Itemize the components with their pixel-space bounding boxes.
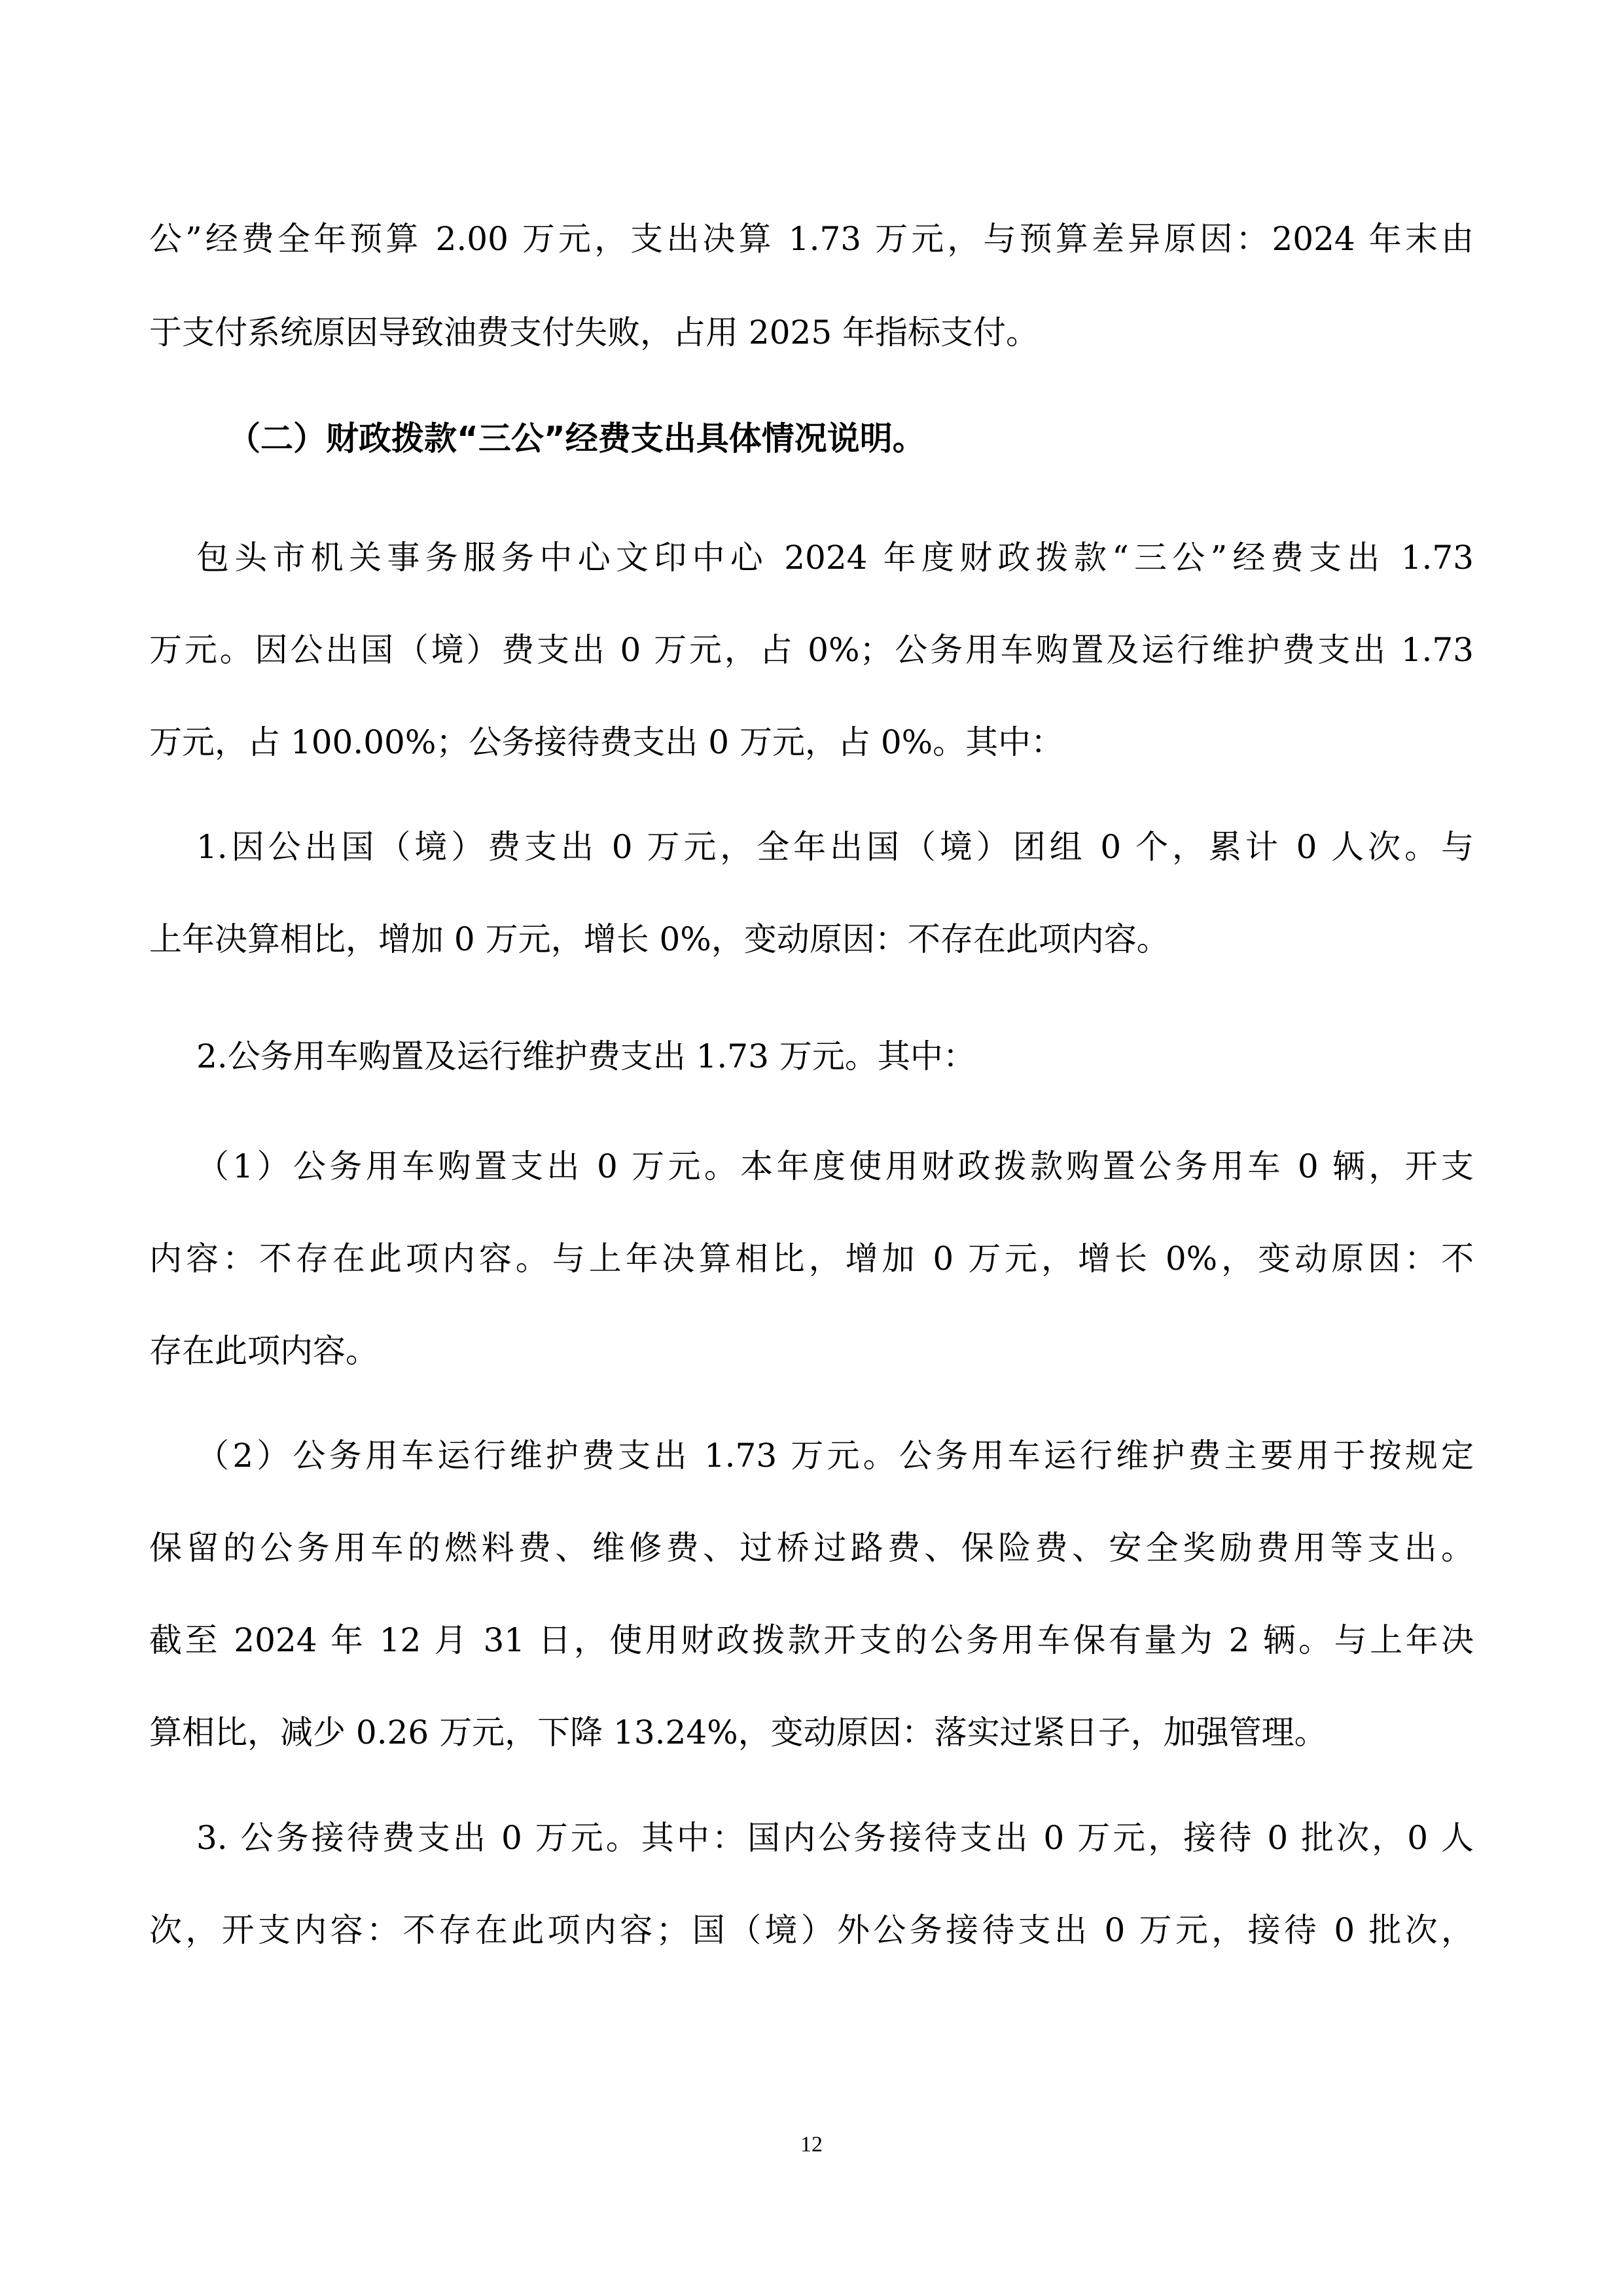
text-line: 于支付系统原因导致油费支付失败，占用 2025 年指标支付。 — [149, 313, 1474, 352]
section-heading: （二）财政拨款“三公”经费支出具体情况说明。 — [228, 419, 925, 458]
text-line: 存在此项内容。 — [149, 1331, 1474, 1371]
text-line: 次，开支内容：不存在此项内容；国（境）外公务接待支出 0 万元，接待 0 批次， — [149, 1910, 1474, 1950]
text-line: 内容：不存在此项内容。与上年决算相比，增加 0 万元，增长 0%，变动原因：不 — [149, 1239, 1474, 1278]
text-line: 2.公务用车购置及运行维护费支出 1.73 万元。其中： — [149, 1037, 1474, 1076]
text-line: 公”经费全年预算 2.00 万元，支出决算 1.73 万元，与预算差异原因：20… — [149, 219, 1474, 259]
text-line: （2）公务用车运行维护费支出 1.73 万元。公务用车运行维护费主要用于按规定 — [149, 1436, 1474, 1475]
text-line: （1）公务用车购置支出 0 万元。本年度使用财政拨款购置公务用车 0 辆，开支 — [149, 1147, 1474, 1186]
page-number: 12 — [0, 2132, 1623, 2157]
text-line: 万元，占 100.00%；公务接待费支出 0 万元，占 0%。其中： — [149, 723, 1474, 762]
text-line: 1.因公出国（境）费支出 0 万元，全年出国（境）团组 0 个，累计 0 人次。… — [149, 827, 1474, 867]
text-line: 3. 公务接待费支出 0 万元。其中：国内公务接待支出 0 万元，接待 0 批次… — [149, 1818, 1474, 1857]
text-line: 截至 2024 年 12 月 31 日，使用财政拨款开支的公务用车保有量为 2 … — [149, 1621, 1474, 1660]
text-line: 保留的公务用车的燃料费、维修费、过桥过路费、保险费、安全奖励费用等支出。 — [149, 1528, 1474, 1568]
text-line: 上年决算相比，增加 0 万元，增长 0%，变动原因：不存在此项内容。 — [149, 920, 1474, 959]
text-line: 万元。因公出国（境）费支出 0 万元，占 0%；公务用车购置及运行维护费支出 1… — [149, 630, 1474, 670]
document-page: 公”经费全年预算 2.00 万元，支出决算 1.73 万元，与预算差异原因：20… — [0, 0, 1623, 2296]
text-line: 算相比，减少 0.26 万元，下降 13.24%，变动原因：落实过紧日子，加强管… — [149, 1713, 1474, 1752]
text-line: 包头市机关事务服务中心文印中心 2024 年度财政拨款“三公”经费支出 1.73 — [149, 538, 1474, 577]
